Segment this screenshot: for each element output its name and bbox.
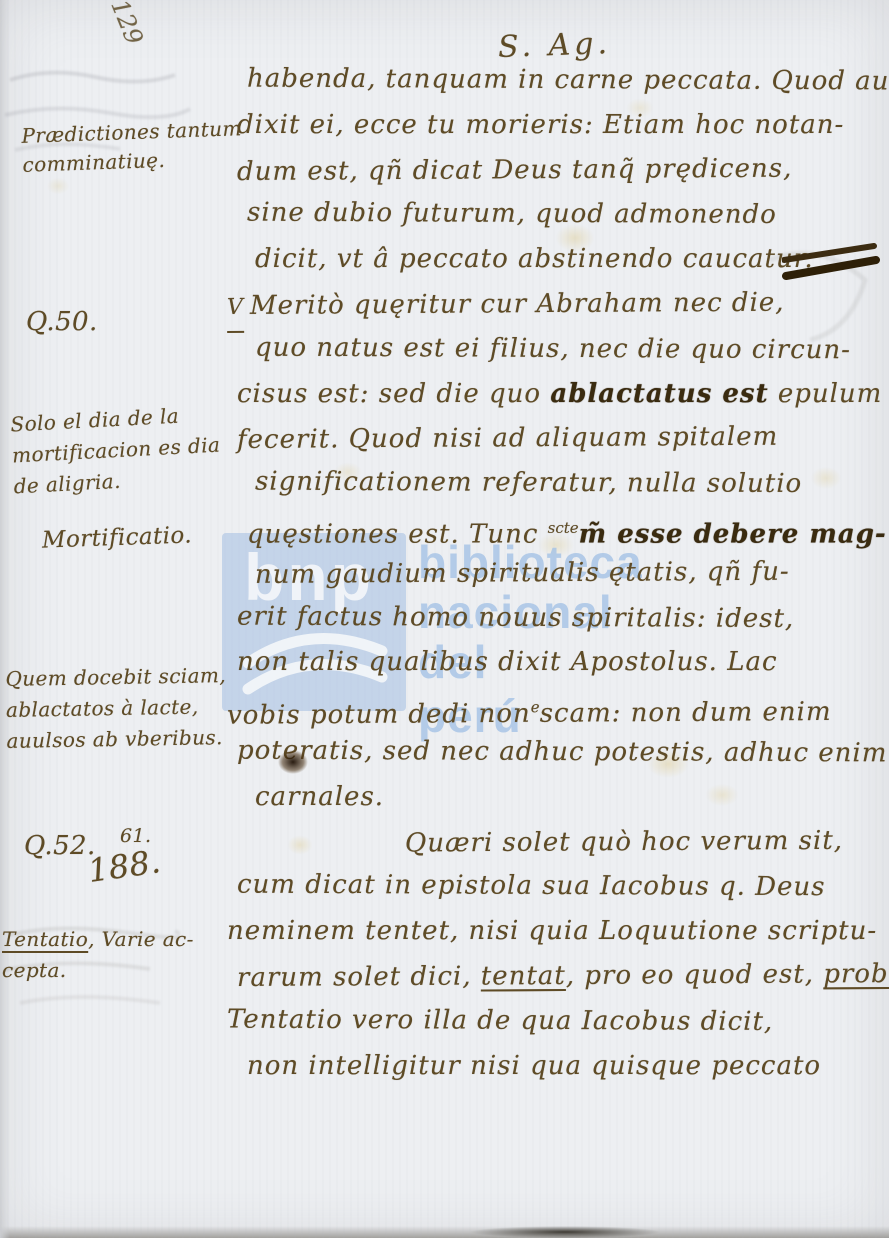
margin-note-q52: Q.52.: [24, 832, 96, 861]
ink-blot: [278, 750, 308, 774]
line-text: epulum: [769, 379, 883, 409]
manuscript-line: erit factus homo nouus spiritalis: idest…: [237, 594, 889, 642]
margin-note-line: auulsos ab vberibus.: [6, 722, 227, 757]
manuscript-line: dixit ei, ecce tu morieris: Etiam hoc no…: [237, 103, 889, 148]
main-text-column: habenda, tanquam in carne peccata. Quod …: [237, 58, 889, 1088]
margin-note-188: 188.: [86, 847, 162, 886]
manuscript-line: vobis potum dedi nonescam: non dum enim: [227, 683, 889, 732]
manuscript-line: habenda, tanquam in carne peccata. Quod …: [247, 57, 889, 105]
manuscript-line: neminem tentet, nisi quia Loquutione scr…: [227, 909, 889, 954]
emphasis-dash-mark: [782, 238, 882, 288]
margin-note-quem-docebit: Quem docebit sciam, ablactatos à lacte, …: [5, 660, 227, 757]
interlinear-insertion: e: [531, 698, 540, 716]
manuscript-line: cum dicat in epistola sua Iacobus q. Deu…: [237, 863, 889, 911]
blotted-word: ablactatus est: [550, 379, 768, 409]
line-text: cisus est: sed die quo: [237, 379, 550, 409]
manuscript-line: sine dubio futurum, quod admonendo: [247, 191, 889, 239]
manuscript-line: num gaudium spiritualis ętatis, qñ fu-: [255, 549, 889, 598]
margin-note-line: Quem docebit sciam,: [5, 660, 226, 695]
underlined-word: Tentatio: [2, 927, 88, 951]
manuscript-line: significationem referatur, nulla solutio: [255, 460, 889, 508]
manuscript-line: non intelligitur nisi qua quisque peccat…: [247, 1044, 889, 1089]
manuscript-line: quęstiones est. Tunc sctem̃ esse debere …: [247, 506, 889, 551]
manuscript-line: Quæri solet quò hoc verum sit,: [405, 818, 889, 866]
manuscript-line: cisus est: sed die quo ablactatus est ep…: [237, 372, 889, 417]
manuscript-line: carnales.: [255, 775, 889, 820]
manuscript-line: non talis qualibus dixit Apostolus. Lac: [237, 640, 889, 685]
line-text: m̃ esse debere mag-: [579, 520, 887, 550]
underlined-word: tentat: [481, 961, 566, 992]
margin-note-line: cepta.: [2, 955, 230, 986]
manuscript-line: fecerit. Quod nisi ad aliquam spitalem: [237, 414, 889, 463]
line-text: quęstiones est. Tunc: [247, 520, 548, 550]
page-edge-shadow: [470, 1226, 660, 1238]
line-text: scam: non dum enim: [540, 697, 832, 729]
margin-note-mortificatio: Mortificatio.: [42, 521, 193, 555]
margin-note-line: , Varie ac-: [88, 927, 194, 951]
manuscript-line: Tentatio vero illa de qua Iacobus dicit,: [227, 997, 889, 1045]
manuscript-page: bnp biblioteca nacional del perú S. Ag. …: [0, 0, 889, 1238]
line-text: rarum solet dici,: [237, 961, 481, 992]
line-text: , pro eo quod est,: [566, 959, 824, 991]
margin-note-tentatio: Tentatio, Varie ac- cepta.: [2, 924, 230, 986]
line-text: Meritò quęritur cur Abraham nec die,: [250, 288, 785, 321]
manuscript-line: rarum solet dici, tentat, pro eo quod es…: [237, 952, 889, 1001]
margin-note-q50: Q.50.: [26, 308, 98, 337]
paragraph-mark: V: [227, 286, 244, 333]
margin-note-line: ablactatos à lacte,: [6, 691, 227, 726]
margin-note-predictiones: Prædictiones tantum comminatiuę.: [21, 114, 243, 180]
manuscript-line: dum est, qñ dicat Deus tanq̃ prędicens,: [237, 146, 889, 195]
manuscript-line: poteratis, sed nec adhuc potestis, adhuc…: [237, 729, 889, 777]
interlinear-insertion: scte: [548, 519, 579, 537]
underlined-word: probat: [823, 959, 889, 990]
margin-note-spanish: Solo el dia de la mortificacion es dia d…: [10, 399, 223, 503]
line-text: vobis potum dedi non: [227, 699, 531, 731]
manuscript-line: quo natus est ei filius, nec die quo cir…: [255, 325, 889, 373]
